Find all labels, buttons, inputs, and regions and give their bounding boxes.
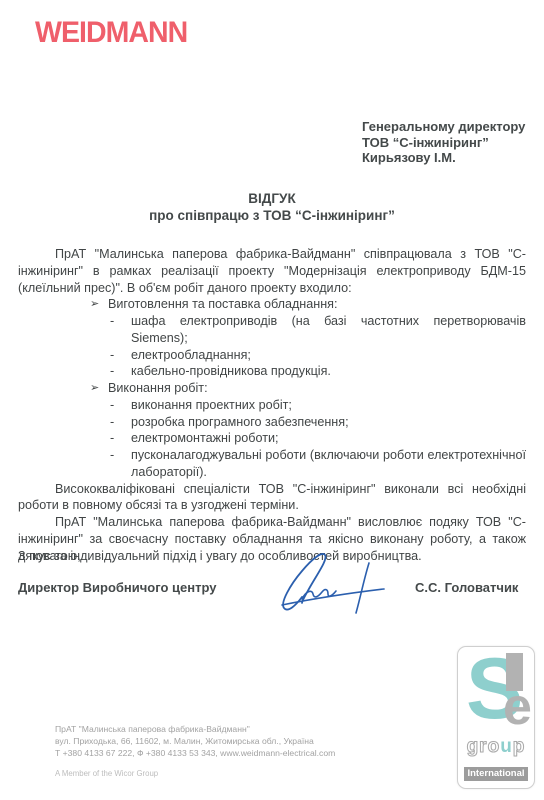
list-item: ➢ Виконання робіт: [18,380,526,397]
letter-document: WEIDMANN Генеральному директору ТОВ “С-і… [0,0,544,800]
paragraph: ПрАТ "Малинська паперова фабрика-Вайдман… [18,246,526,296]
dash-bullet-icon: - [110,363,131,380]
signer-position: Директор Виробничого центру [18,580,216,595]
list-item: - кабельно-провідникова продукція. [18,363,526,380]
recipient-line: Генеральному директору [362,119,525,135]
salutation: З повагою, [18,549,81,563]
list-item: - електрообладнання; [18,347,526,364]
document-subtitle: про співпрацю з ТОВ “С-інжиніринг” [0,207,544,224]
list-item: - виконання проектних робіт; [18,397,526,414]
dash-bullet-icon: - [110,430,131,447]
dash-bullet-icon: - [110,414,131,431]
handwritten-signature [272,545,392,617]
arrow-bullet-icon: ➢ [90,380,108,397]
dash-bullet-icon: - [110,313,131,347]
weidmann-logo: WEIDMANN [35,16,187,50]
signer-name: С.С. Головатчик [415,580,518,595]
arrow-bullet-icon: ➢ [90,296,108,313]
document-title: ВІДГУК [0,190,544,207]
se-group-logo: S e group International [457,646,535,789]
dash-bullet-icon: - [110,447,131,481]
letter-body: ПрАТ "Малинська паперова фабрика-Вайдман… [18,246,526,564]
recipient-line: Кирьязову І.М. [362,150,525,166]
list-item: - розробка програмного забезпечення; [18,414,526,431]
dash-bullet-icon: - [110,347,131,364]
footer-company: ПрАТ "Малинська паперова фабрика-Вайдман… [55,724,335,736]
footer-contacts: Т +380 4133 67 222, Ф +380 4133 53 343, … [55,748,335,760]
document-title-block: ВІДГУК про співпрацю з ТОВ “С-інжиніринг… [0,190,544,224]
list-item: ➢ Виготовлення та поставка обладнання: [18,296,526,313]
footer-address-block: ПрАТ "Малинська паперова фабрика-Вайдман… [55,724,335,759]
list-item: - пусконалагоджувальні роботи (включаючи… [18,447,526,481]
paragraph: Висококваліфіковані спеціалісти ТОВ "С-і… [18,481,526,515]
se-logo-letters: S e [458,649,534,741]
footer-member-line: A Member of the Wicor Group [55,769,158,778]
dash-bullet-icon: - [110,397,131,414]
list-item: - шафа електроприводів (на базі частотни… [18,313,526,347]
se-logo-international-band: International [464,767,528,781]
se-logo-letter-e: e [503,667,532,747]
recipient-line: ТОВ “С-інжиніринг” [362,135,525,151]
recipient-block: Генеральному директору ТОВ “С-інжиніринг… [362,119,525,166]
se-logo-group-text: group [458,736,534,758]
list-item: - електромонтажні роботи; [18,430,526,447]
footer-address: вул. Приходька, 66, 11602, м. Малин, Жит… [55,736,335,748]
